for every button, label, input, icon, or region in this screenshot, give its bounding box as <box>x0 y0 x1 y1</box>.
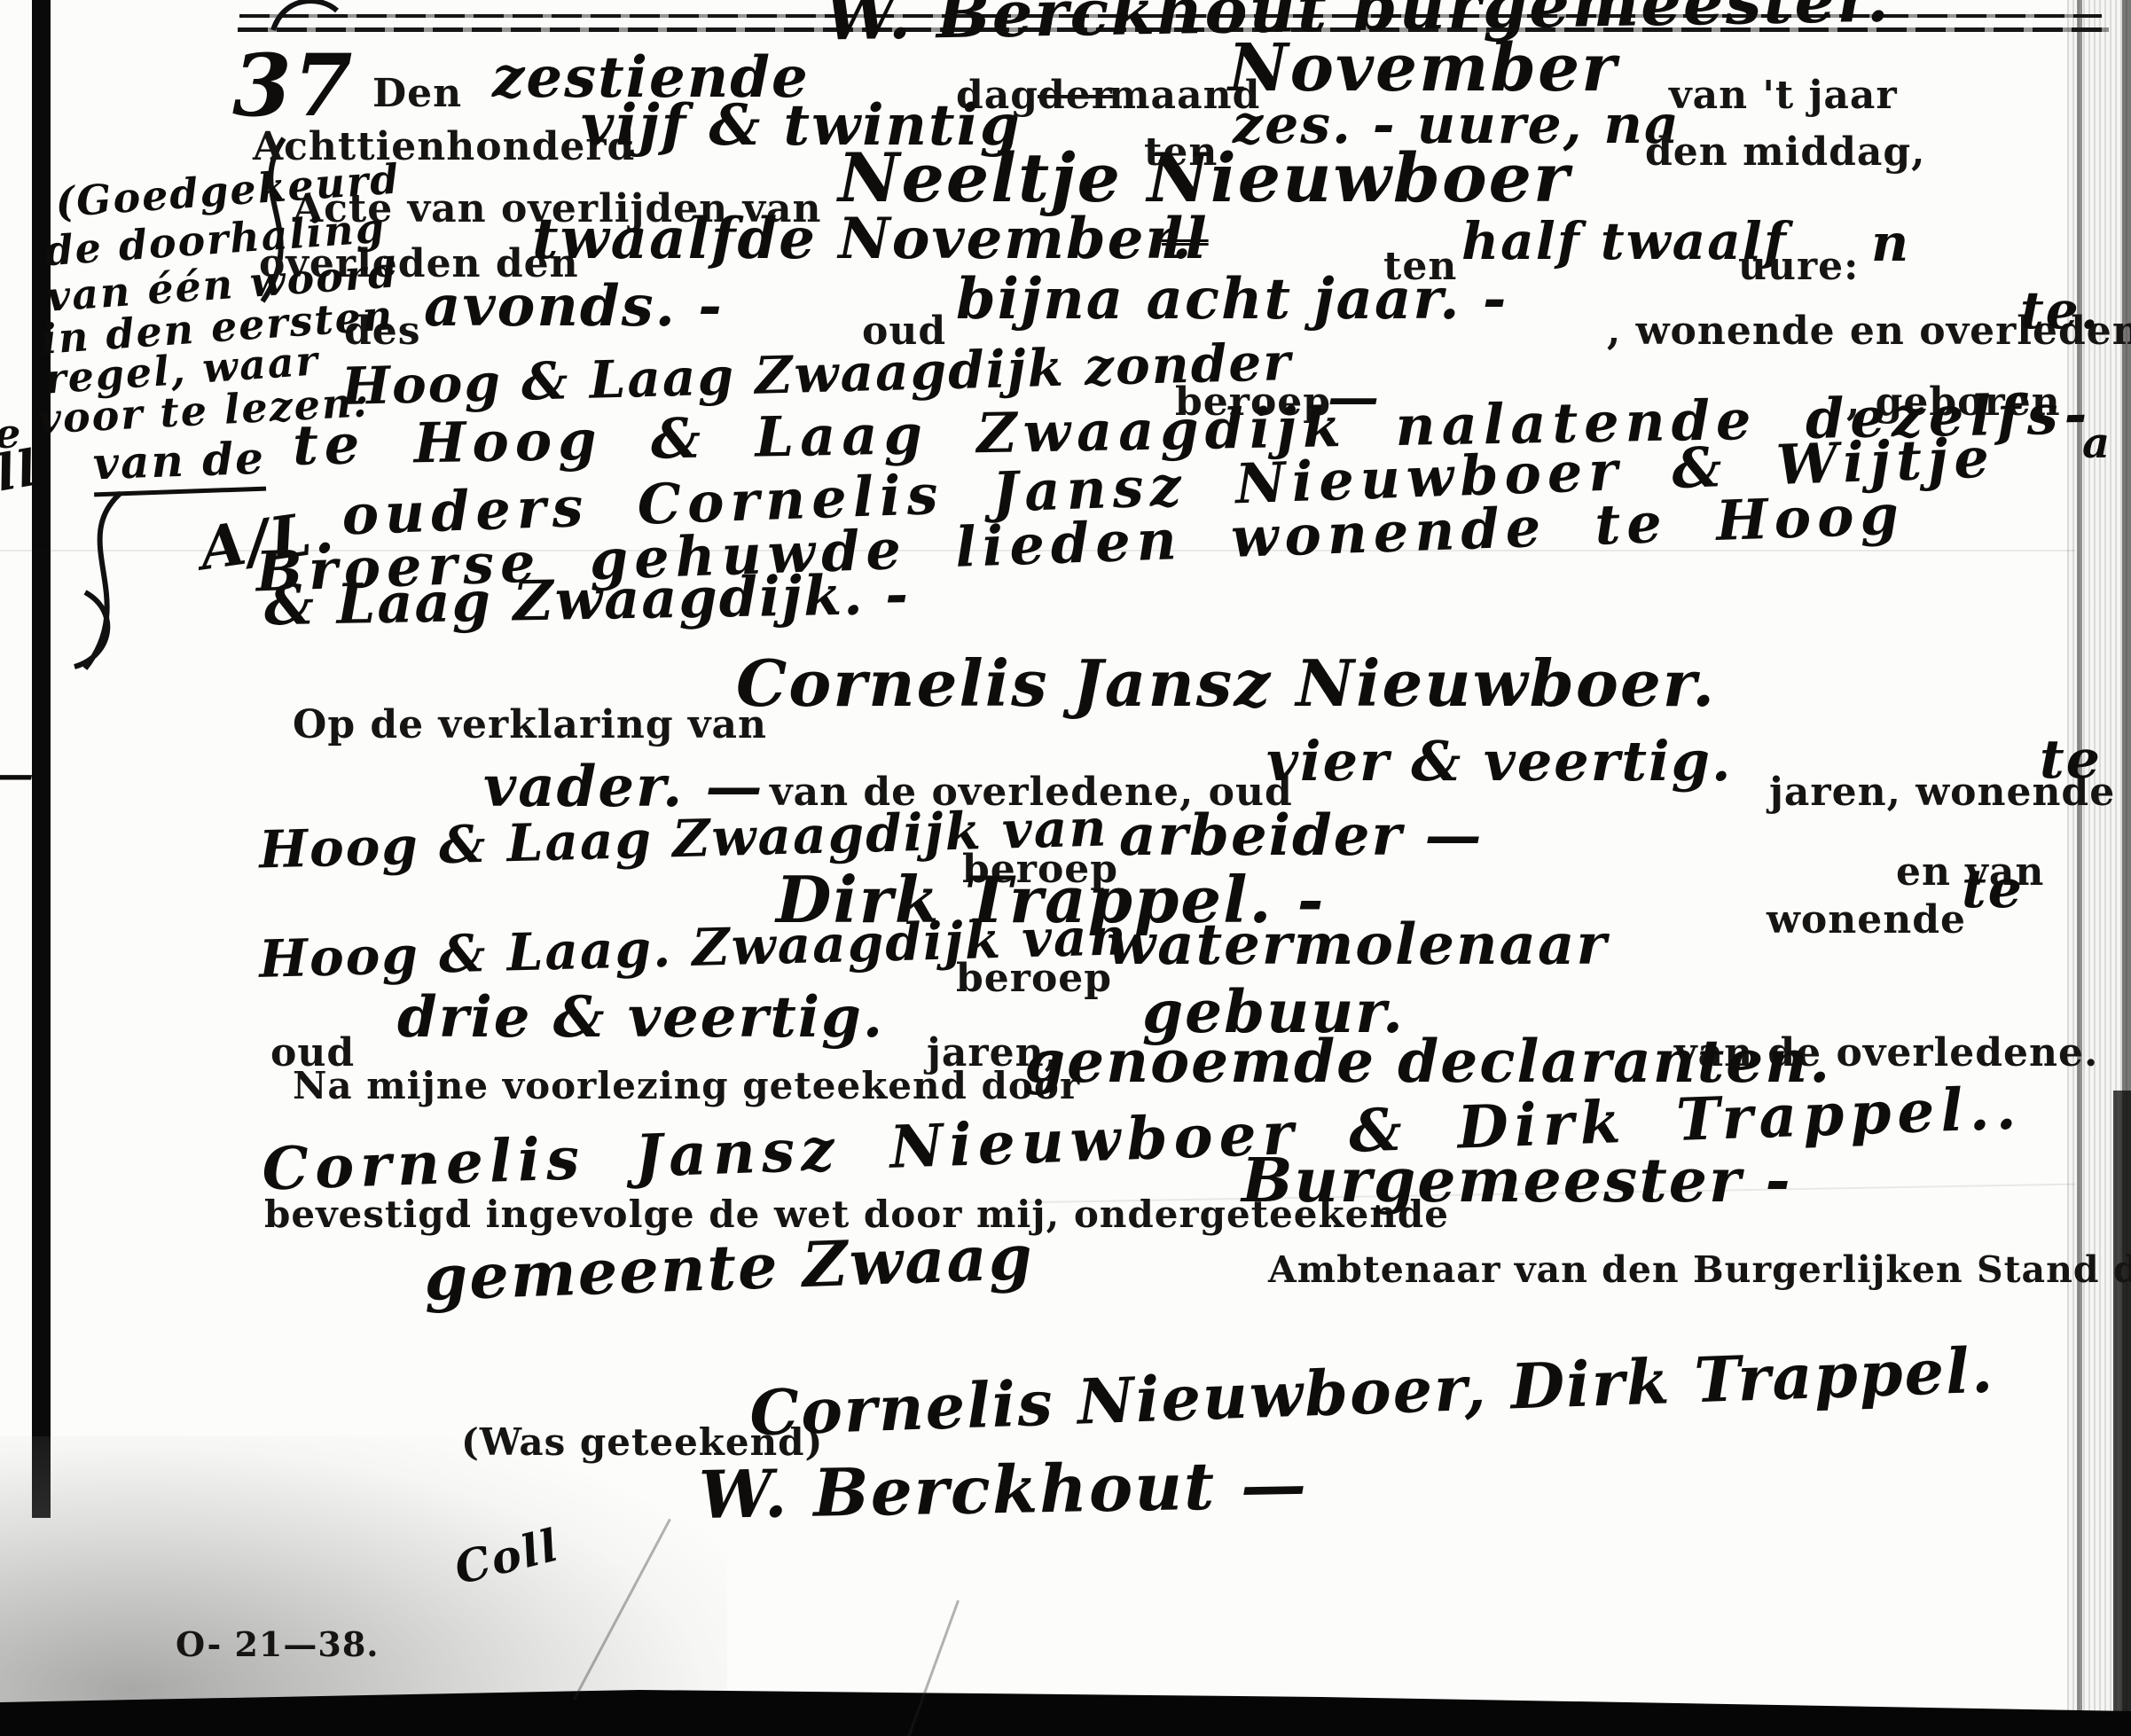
declarant1-occupation: arbeider — <box>1119 802 1483 869</box>
scan-right-dark-edge <box>2113 1091 2131 1736</box>
margin-paraph-icon <box>55 486 161 681</box>
stray-letter: a <box>2082 418 2111 468</box>
label-van-t-jaar: van 't jaar <box>1669 73 1898 118</box>
declarant1-name: Cornelis Jansz Nieuwboer. <box>736 645 1716 721</box>
parents-line-3: & Laag Zwaagdijk. - <box>263 562 910 638</box>
label-den-middag: den middag, <box>1645 129 1925 175</box>
label-den: Den <box>372 71 462 116</box>
declarant1-age: vier & veertig. <box>1266 729 1733 794</box>
death-date-ll-struck: ll <box>1162 206 1209 272</box>
hw-te-3: te <box>1962 858 2024 920</box>
hw-te-2: te <box>2040 729 2102 791</box>
edge-fragment-3: — <box>0 750 35 798</box>
label-ure: uure: <box>1738 244 1859 289</box>
label-der-struck: der <box>1038 73 1113 118</box>
declarant2-age: drie & veertig. <box>397 984 884 1051</box>
deceased-age: bijna acht jaar. - <box>956 266 1508 332</box>
declarant2-occupation: watermolenaar <box>1107 911 1608 978</box>
top-cut-flourish-icon <box>266 0 346 37</box>
form-code: O- 21—38. <box>176 1624 380 1664</box>
hw-burgemeester: Burgemeester - <box>1242 1146 1792 1216</box>
label-voorlezing: Na mijne voorlezing geteekend door <box>293 1064 1080 1107</box>
label-op-de-verklaring: Op de verklaring van <box>293 702 767 747</box>
hw-te-1: te. <box>2020 280 2100 340</box>
death-hour-tail: n <box>1871 213 1910 273</box>
label-ambtenaar: Ambtenaar van den Burgerlijken Stand der <box>1268 1248 2131 1291</box>
death-record-scan: W. Berckhout burgemeester. 37 Den zestie… <box>0 0 2131 1736</box>
signature-declarants: Cornelis Nieuwboer, Dirk Trappel. <box>748 1333 1995 1451</box>
death-date: twaalfde November. <box>532 206 1194 272</box>
label-wonende-2: wonende <box>1767 897 1966 942</box>
scan-right-fold-line <box>2077 0 2082 1736</box>
label-beroep-3: beroep <box>956 956 1112 1001</box>
signature-burgemeester: W. Berckhout — <box>698 1447 1308 1534</box>
act-number: 37 <box>232 35 355 136</box>
death-time-of-day: avonds. - <box>424 273 724 340</box>
